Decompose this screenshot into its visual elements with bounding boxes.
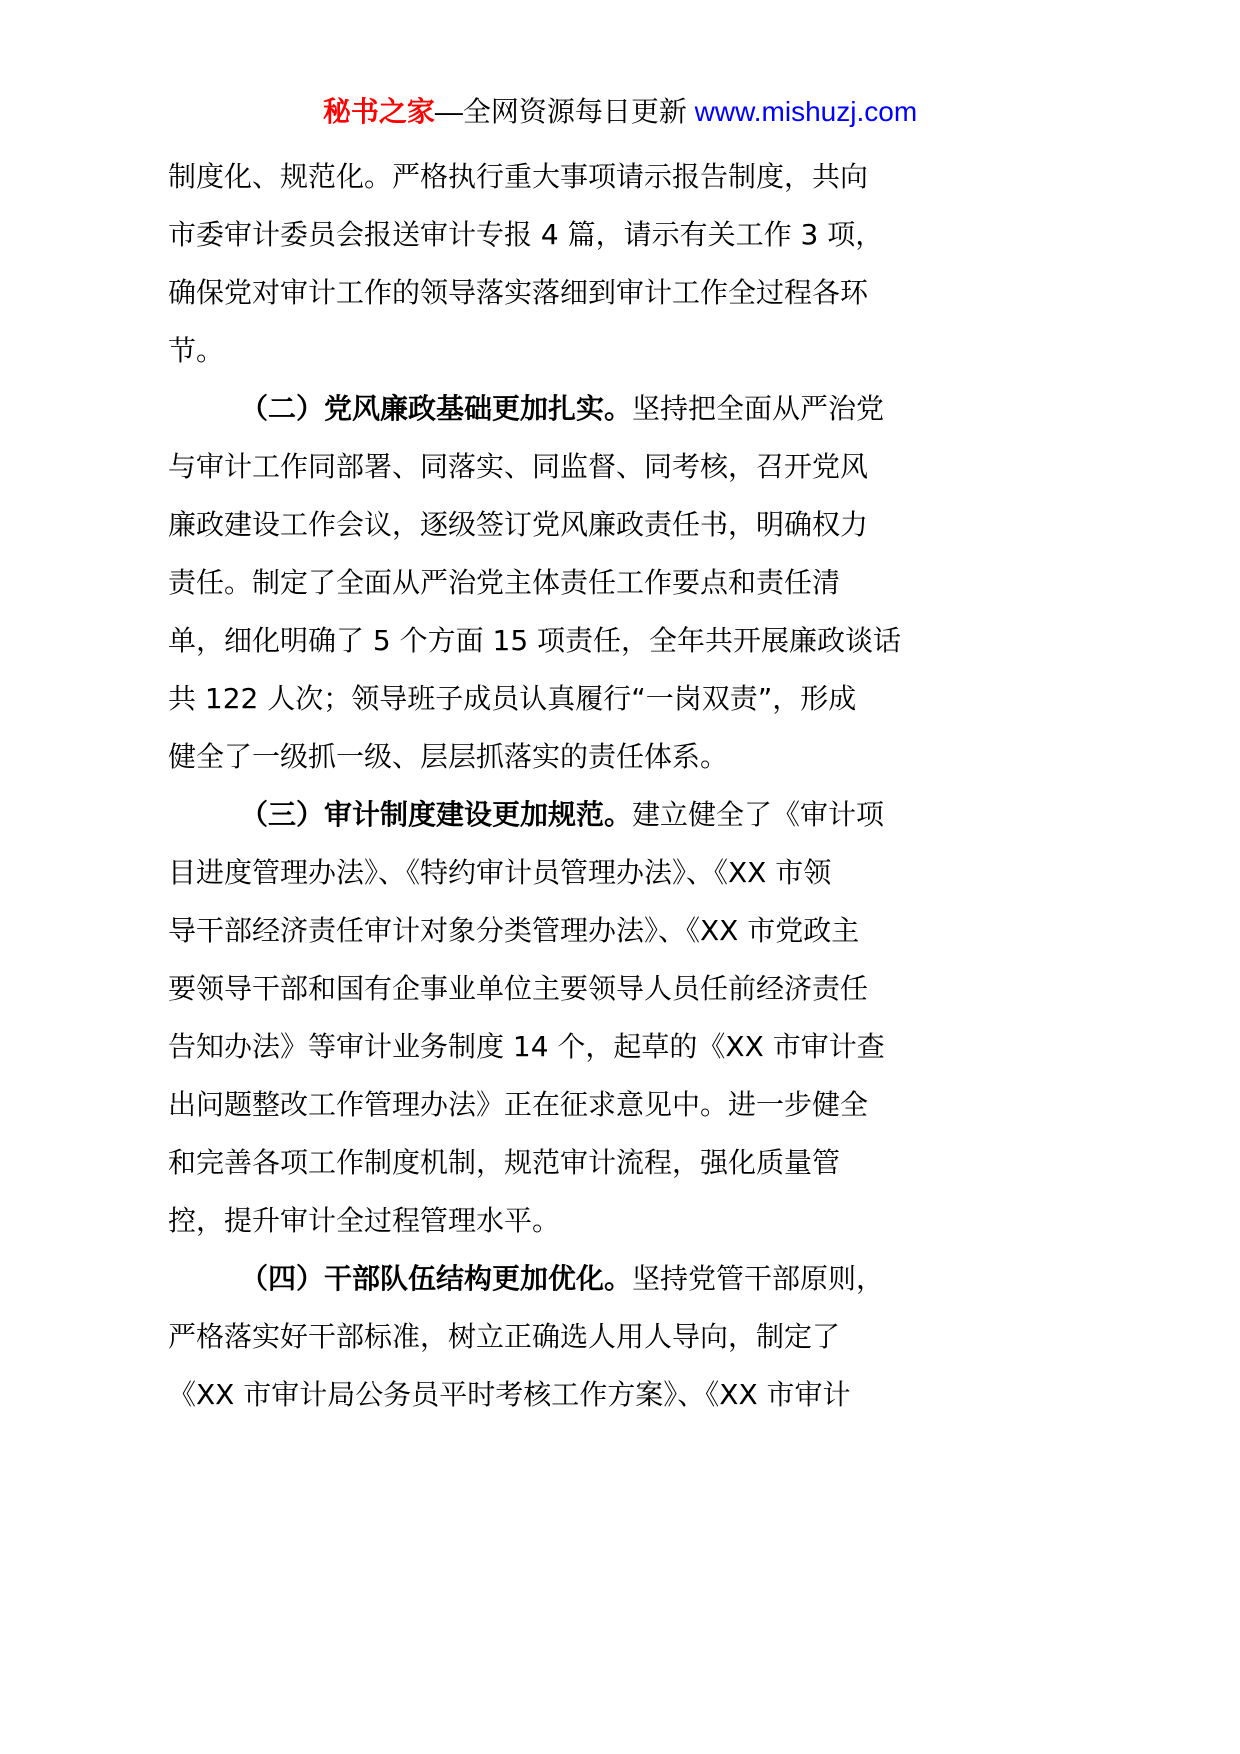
section-heading: （四）干部队伍结构更加优化。 <box>240 1262 632 1295</box>
text-line: 廉政建设工作会议，逐级签订党风廉政责任书，明确权力 <box>168 496 942 554</box>
text-line: 严格落实好干部标准，树立正确选人用人导向，制定了 <box>168 1308 942 1366</box>
text-line: 制度化、规范化。严格执行重大事项请示报告制度，共向 <box>168 148 942 206</box>
document-body: 制度化、规范化。严格执行重大事项请示报告制度，共向 市委审计委员会报送审计专报 … <box>168 148 942 1424</box>
site-url-link[interactable]: www.mishuzj.com <box>695 96 917 127</box>
text-line: 市委审计委员会报送审计专报 4 篇，请示有关工作 3 项， <box>168 206 942 264</box>
paragraph-continuation: 制度化、规范化。严格执行重大事项请示报告制度，共向 市委审计委员会报送审计专报 … <box>168 148 942 380</box>
text-line: 目进度管理办法》、《特约审计员管理办法》、《XX 市领 <box>168 844 942 902</box>
text-span: 坚持党管干部原则， <box>632 1262 884 1295</box>
site-tagline: —全网资源每日更新 <box>435 96 687 127</box>
text-line: 出问题整改工作管理办法》正在征求意见中。进一步健全 <box>168 1076 942 1134</box>
paragraph-first-line: （三）审计制度建设更加规范。建立健全了《审计项 <box>168 786 942 844</box>
section-heading: （二）党风廉政基础更加扎实。 <box>240 392 632 425</box>
text-line: 导干部经济责任审计对象分类管理办法》、《XX 市党政主 <box>168 902 942 960</box>
text-line: 告知办法》等审计业务制度 14 个，起草的《XX 市审计查 <box>168 1018 942 1076</box>
text-line: 节。 <box>168 322 942 380</box>
paragraph-first-line: （四）干部队伍结构更加优化。坚持党管干部原则， <box>168 1250 942 1308</box>
section-heading: （三）审计制度建设更加规范。 <box>240 798 632 831</box>
text-line: 健全了一级抓一级、层层抓落实的责任体系。 <box>168 728 942 786</box>
text-span: 建立健全了《审计项 <box>632 798 884 831</box>
text-line: 控，提升审计全过程管理水平。 <box>168 1192 942 1250</box>
paragraph-cadre-team: （四）干部队伍结构更加优化。坚持党管干部原则， 严格落实好干部标准，树立正确选人… <box>168 1250 942 1424</box>
site-brand-name: 秘书之家 <box>323 96 435 127</box>
text-span: 坚持把全面从严治党 <box>632 392 884 425</box>
paragraph-audit-system: （三）审计制度建设更加规范。建立健全了《审计项 目进度管理办法》、《特约审计员管… <box>168 786 942 1250</box>
paragraph-party-conduct: （二）党风廉政基础更加扎实。坚持把全面从严治党 与审计工作同部署、同落实、同监督… <box>168 380 942 786</box>
text-line: 与审计工作同部署、同落实、同监督、同考核，召开党风 <box>168 438 942 496</box>
text-line: 共 122 人次；领导班子成员认真履行“一岗双责”，形成 <box>168 670 942 728</box>
site-header-banner: 秘书之家—全网资源每日更新 www.mishuzj.com <box>0 92 1240 132</box>
text-line: 确保党对审计工作的领导落实落细到审计工作全过程各环 <box>168 264 942 322</box>
text-line: 和完善各项工作制度机制，规范审计流程，强化质量管 <box>168 1134 942 1192</box>
text-line: 单，细化明确了 5 个方面 15 项责任，全年共开展廉政谈话 <box>168 612 942 670</box>
paragraph-first-line: （二）党风廉政基础更加扎实。坚持把全面从严治党 <box>168 380 942 438</box>
text-line: 责任。制定了全面从严治党主体责任工作要点和责任清 <box>168 554 942 612</box>
text-line: 《XX 市审计局公务员平时考核工作方案》、《XX 市审计 <box>168 1366 942 1424</box>
text-line: 要领导干部和国有企事业单位主要领导人员任前经济责任 <box>168 960 942 1018</box>
